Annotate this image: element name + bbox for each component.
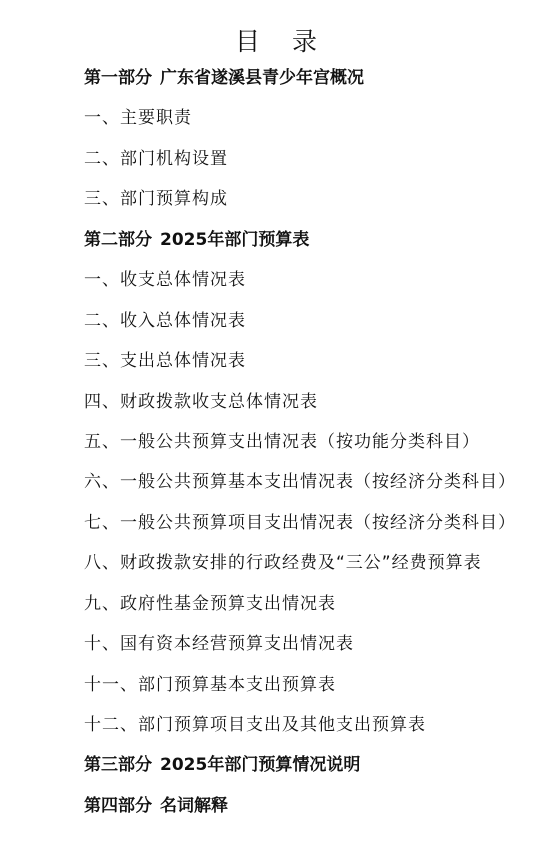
toc-text: 财政拨款收支总体情况表 (120, 392, 318, 412)
toc-prefix: 第四部分 (84, 796, 152, 816)
toc-item[interactable]: 十、国有资本经营预算支出情况表 (84, 630, 516, 670)
toc-text: 部门预算基本支出预算表 (138, 675, 336, 695)
toc-prefix: 四、 (84, 392, 120, 412)
toc-item[interactable]: 五、一般公共预算支出情况表（按功能分类科目） (84, 428, 516, 468)
toc-prefix: 六、 (84, 472, 120, 492)
table-of-contents: 第一部分广东省遂溪县青少年宫概况 一、主要职责 二、部门机构设置 三、部门预算构… (84, 64, 516, 832)
toc-item[interactable]: 九、政府性基金预算支出情况表 (84, 590, 516, 630)
toc-prefix: 三、 (84, 189, 120, 209)
toc-text: 收入总体情况表 (120, 311, 246, 331)
toc-prefix: 五、 (84, 432, 120, 452)
toc-prefix: 八、 (84, 553, 120, 573)
toc-prefix: 一、 (84, 270, 120, 290)
toc-text: 名词解释 (160, 796, 228, 816)
toc-prefix: 十二、 (84, 715, 138, 735)
toc-text: 一般公共预算基本支出情况表（按经济分类科目） (120, 472, 516, 492)
toc-part-4[interactable]: 第四部分名词解释 (84, 792, 516, 832)
toc-item[interactable]: 七、一般公共预算项目支出情况表（按经济分类科目） (84, 509, 516, 549)
toc-text: 2025年部门预算情况说明 (160, 755, 360, 775)
toc-prefix: 第三部分 (84, 755, 152, 775)
toc-prefix: 七、 (84, 513, 120, 533)
toc-item[interactable]: 二、收入总体情况表 (84, 307, 516, 347)
toc-part-1[interactable]: 第一部分广东省遂溪县青少年宫概况 (84, 64, 516, 104)
toc-item[interactable]: 十一、部门预算基本支出预算表 (84, 671, 516, 711)
toc-text: 国有资本经营预算支出情况表 (120, 634, 354, 654)
page-title: 目 录 (0, 25, 552, 59)
toc-item[interactable]: 一、主要职责 (84, 104, 516, 144)
toc-part-3[interactable]: 第三部分2025年部门预算情况说明 (84, 751, 516, 791)
toc-item[interactable]: 二、部门机构设置 (84, 145, 516, 185)
toc-prefix: 一、 (84, 108, 120, 128)
toc-prefix: 第一部分 (84, 68, 152, 88)
toc-text: 政府性基金预算支出情况表 (120, 594, 336, 614)
toc-text: 部门预算构成 (120, 189, 228, 209)
toc-text: 一般公共预算支出情况表（按功能分类科目） (120, 432, 480, 452)
toc-item[interactable]: 十二、部门预算项目支出及其他支出预算表 (84, 711, 516, 751)
toc-item[interactable]: 六、一般公共预算基本支出情况表（按经济分类科目） (84, 468, 516, 508)
toc-part-2[interactable]: 第二部分2025年部门预算表 (84, 226, 516, 266)
toc-text: 部门预算项目支出及其他支出预算表 (138, 715, 426, 735)
toc-prefix: 二、 (84, 149, 120, 169)
toc-item[interactable]: 四、财政拨款收支总体情况表 (84, 388, 516, 428)
toc-text: 财政拨款安排的行政经费及“三公”经费预算表 (120, 553, 482, 573)
toc-prefix: 二、 (84, 311, 120, 331)
toc-text: 广东省遂溪县青少年宫概况 (160, 68, 364, 88)
toc-prefix: 十、 (84, 634, 120, 654)
toc-text: 收支总体情况表 (120, 270, 246, 290)
toc-item[interactable]: 一、收支总体情况表 (84, 266, 516, 306)
toc-item[interactable]: 三、部门预算构成 (84, 185, 516, 225)
toc-text: 部门机构设置 (120, 149, 228, 169)
toc-item[interactable]: 三、支出总体情况表 (84, 347, 516, 387)
toc-prefix: 三、 (84, 351, 120, 371)
toc-prefix: 第二部分 (84, 230, 152, 250)
toc-text: 2025年部门预算表 (160, 230, 309, 250)
toc-item[interactable]: 八、财政拨款安排的行政经费及“三公”经费预算表 (84, 549, 516, 589)
toc-text: 一般公共预算项目支出情况表（按经济分类科目） (120, 513, 516, 533)
toc-prefix: 九、 (84, 594, 120, 614)
toc-prefix: 十一、 (84, 675, 138, 695)
toc-text: 主要职责 (120, 108, 192, 128)
toc-text: 支出总体情况表 (120, 351, 246, 371)
